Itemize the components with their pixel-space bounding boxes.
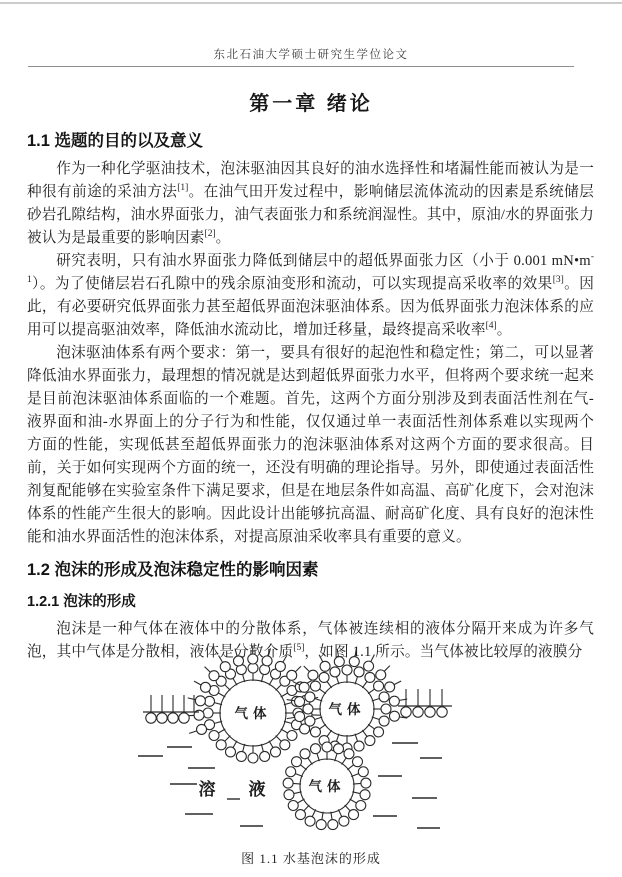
subsection-heading-1-2-1: 1.2.1 泡沫的形成: [27, 590, 594, 611]
paragraph: 研究表明，只有油水界面张力降低到储层中的超低界面张力区（小于 0.001 mN•…: [27, 250, 594, 342]
section-heading-1-1: 1.1 选题的目的以及意义: [27, 127, 594, 151]
surface-monolayer-right: [398, 689, 452, 717]
surface-monolayer-left: [143, 695, 199, 723]
foam-bubble: 气体: [283, 742, 371, 830]
gas-label: 气体: [309, 778, 346, 794]
solution-char: 溶: [199, 779, 216, 799]
paragraph: 作为一种化学驱油技术，泡沫驱油因其良好的油水选择性和堵漏性能而被认为是一种很有前…: [27, 158, 594, 250]
gas-label: 气体: [329, 701, 366, 717]
page-top-edge-line: [0, 2, 622, 4]
foam-figure-svg: 气体气体气体溶液: [95, 646, 515, 846]
gas-label: 气体: [235, 705, 272, 721]
paragraph: 泡沫驱油体系有两个要求：第一，要具有很好的起泡性和稳定性；第二，可以显著降低油水…: [27, 342, 594, 549]
running-header: 东北石油大学硕士研究生学位论文: [0, 46, 622, 62]
foam-formation-figure: 气体气体气体溶液: [95, 646, 515, 846]
solution-char: 液: [249, 779, 266, 799]
foam-bubble: 气体: [287, 649, 408, 753]
thesis-page: 东北石油大学硕士研究生学位论文 第一章 绪论 1.1 选题的目的以及意义 作为一…: [0, 0, 622, 877]
header-rule: [28, 66, 574, 67]
chapter-title: 第一章 绪论: [0, 87, 622, 116]
figure-caption: 图 1.1 水基泡沫的形成: [0, 848, 622, 867]
section-heading-1-2: 1.2 泡沫的形成及泡沫稳定性的影响因素: [27, 556, 594, 580]
solution-label: 溶液: [199, 779, 266, 799]
body-column: 1.1 选题的目的以及意义 作为一种化学驱油技术，泡沫驱油因其良好的油水选择性和…: [27, 127, 594, 664]
